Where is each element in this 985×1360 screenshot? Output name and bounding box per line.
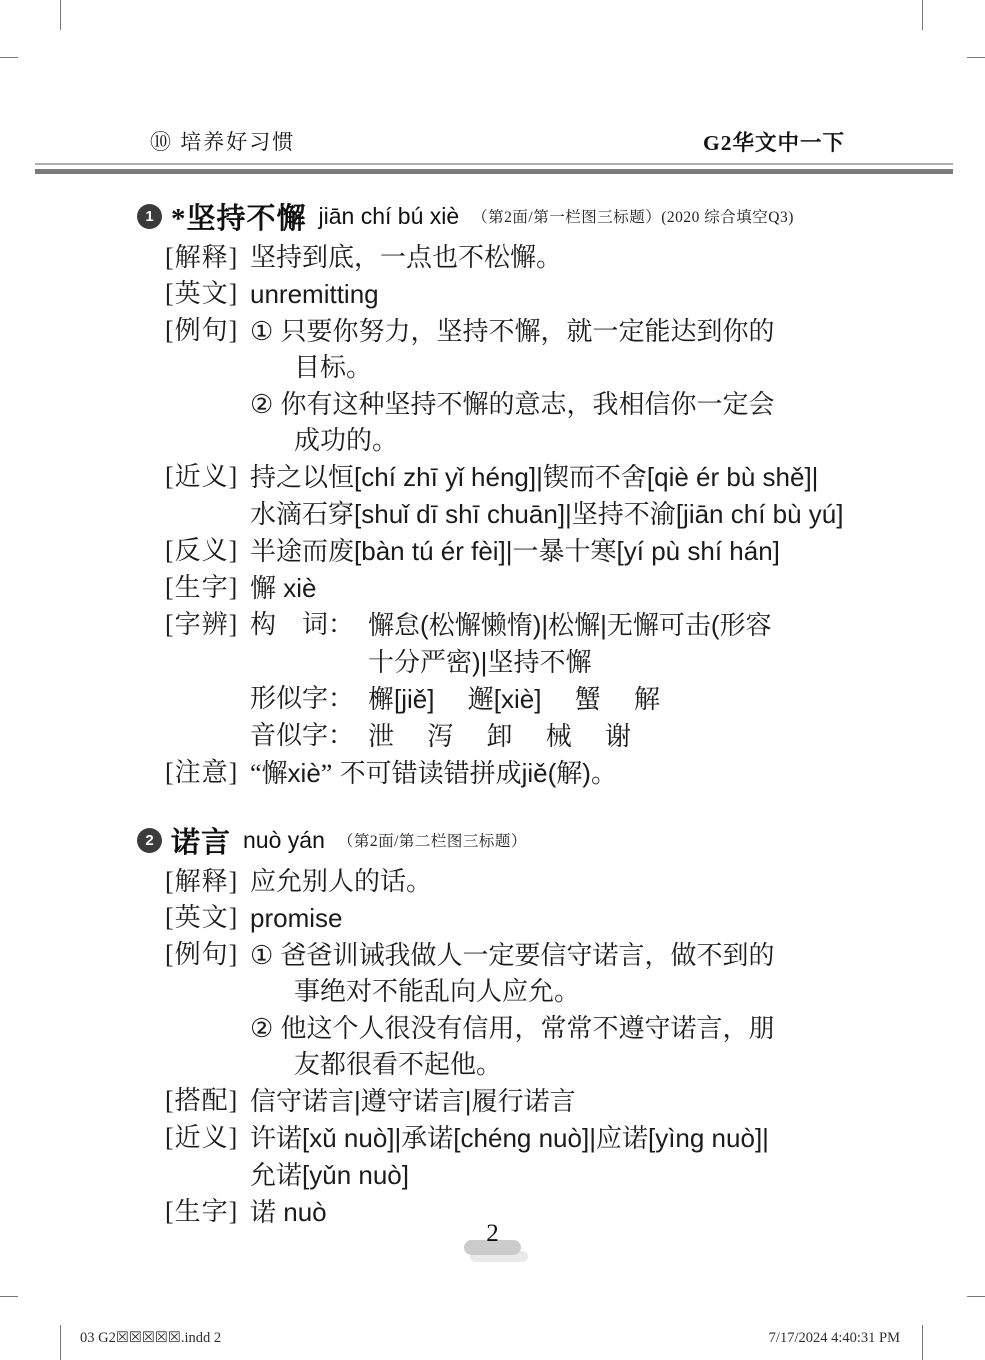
entry-number-badge: 1: [137, 204, 162, 229]
crop-mark-bottom-right-h: [967, 1296, 985, 1297]
text-line: 事绝对不能乱向人应允。: [250, 974, 877, 1010]
document-page: ⑩ 培养好习惯 G2华文中一下 1 *坚持不懈 jiān chí bú xiè …: [0, 0, 985, 1360]
crop-mark-top-right-h: [967, 57, 985, 58]
row-content: ① 只要你努力，坚持不懈，就一定能达到你的目标。② 你有这种坚持不懈的意志，我相…: [250, 313, 877, 459]
page-number: 2: [464, 1220, 521, 1248]
text-line: 目标。: [250, 350, 877, 386]
entry-row: [解释]坚持到底，一点也不松懈。: [137, 240, 877, 276]
row-content: 许诺[xǔ nuò]|承诺[chéng nuò]|应诺[yìng nuò]|允诺…: [250, 1120, 877, 1194]
row-content: 应允别人的话。: [250, 864, 877, 900]
row-content: 持之以恒[chí zhī yǐ héng]|锲而不舍[qiè ér bù shě…: [250, 459, 877, 533]
row-content: 懈 xiè: [250, 570, 877, 607]
entry-rows: [解释]坚持到底，一点也不松懈。[英文]unremitting[例句]① 只要你…: [137, 240, 877, 792]
subrow-content: 泄 泻 卸 械 谢: [368, 718, 877, 755]
entry-source-note: （第2面/第一栏图三标题）(2020 综合填空Q3): [472, 205, 794, 227]
row-label: [解释]: [165, 240, 250, 276]
row-label: [生字]: [165, 1194, 250, 1231]
text-line: unremitting: [250, 276, 877, 313]
text-line: 成功的。: [250, 423, 877, 459]
header-rule-thick: [35, 169, 953, 174]
footer-timestamp: 7/17/2024 4:40:31 PM: [769, 1330, 900, 1347]
text-line: 十分严密)|坚持不懈: [368, 644, 877, 681]
entries: 1 *坚持不懈 jiān chí bú xiè （第2面/第一栏图三标题）(20…: [137, 194, 877, 1231]
text-line: 友都很看不起他。: [250, 1047, 877, 1083]
row-label: [英文]: [165, 900, 250, 937]
text-line: ① 爸爸训诫我做人一定要信守诺言，做不到的: [250, 937, 877, 974]
row-content: ① 爸爸训诫我做人一定要信守诺言，做不到的事绝对不能乱向人应允。② 他这个人很没…: [250, 937, 877, 1083]
crop-mark-top-right-v: [922, 0, 923, 30]
entry-rows: [解释]应允别人的话。[英文]promise[例句]① 爸爸训诫我做人一定要信守…: [137, 864, 877, 1231]
vocab-entry: 1 *坚持不懈 jiān chí bú xiè （第2面/第一栏图三标题）(20…: [137, 194, 877, 792]
text-line: 许诺[xǔ nuò]|承诺[chéng nuò]|应诺[yìng nuò]|: [250, 1120, 877, 1157]
entry-source-note: （第2面/第二栏图三标题）: [338, 829, 527, 851]
row-content: 信守诺言|遵守诺言|履行诺言: [250, 1083, 877, 1120]
entry-row: [英文]unremitting: [137, 276, 877, 313]
row-label: [搭配]: [165, 1083, 250, 1120]
entry-row: [例句]① 爸爸训诫我做人一定要信守诺言，做不到的事绝对不能乱向人应允。② 他这…: [137, 937, 877, 1083]
row-label: [字辨]: [165, 607, 250, 755]
text-line: 坚持到底，一点也不松懈。: [250, 240, 877, 276]
entry-title: 1 *坚持不懈 jiān chí bú xiè （第2面/第一栏图三标题）(20…: [137, 194, 877, 238]
entry-row: [注意]“懈xiè” 不可错读错拼成jiě(解)。: [137, 755, 877, 792]
text-line: ② 你有这种坚持不懈的意志，我相信你一定会: [250, 386, 877, 423]
entry-row: [生字]懈 xiè: [137, 570, 877, 607]
entry-row: [字辨]构 词：懈怠(松懈懒惰)|松懈|无懈可击(形容十分严密)|坚持不懈形似字…: [137, 607, 877, 755]
entry-number-badge: 2: [137, 828, 162, 853]
text-line: 泄 泻 卸 械 谢: [368, 718, 877, 755]
subrow-content: 懈怠(松懈懒惰)|松懈|无懈可击(形容十分严密)|坚持不懈: [368, 607, 877, 681]
header-chapter-title: ⑩ 培养好习惯: [150, 126, 295, 156]
crop-mark-top-left-v: [60, 0, 61, 30]
text-line: promise: [250, 900, 877, 937]
crop-mark-bottom-right-v: [922, 1325, 923, 1360]
row-label: [解释]: [165, 864, 250, 900]
entry-row: [例句]① 只要你努力，坚持不懈，就一定能达到你的目标。② 你有这种坚持不懈的意…: [137, 313, 877, 459]
row-label: [近义]: [165, 459, 250, 533]
text-line: 懈 xiè: [250, 570, 877, 607]
subrow-label: 形似字：: [250, 681, 368, 718]
entry-title: 2 诺言 nuò yán （第2面/第二栏图三标题）: [137, 818, 877, 862]
text-line: 信守诺言|遵守诺言|履行诺言: [250, 1083, 877, 1120]
row-content: 坚持到底，一点也不松懈。: [250, 240, 877, 276]
crop-mark-top-left-h: [0, 57, 18, 58]
text-line: ① 只要你努力，坚持不懈，就一定能达到你的: [250, 313, 877, 350]
crop-mark-bottom-left-v: [60, 1325, 61, 1360]
entry-row: [近义]持之以恒[chí zhī yǐ héng]|锲而不舍[qiè ér bù…: [137, 459, 877, 533]
row-label: [注意]: [165, 755, 250, 792]
entry-term: *坚持不懈: [171, 196, 307, 237]
subrow-label: 音似字：: [250, 718, 368, 755]
row-content: “懈xiè” 不可错读错拼成jiě(解)。: [250, 755, 877, 792]
entry-row: [英文]promise: [137, 900, 877, 937]
subrow-content: 檞[jiě] 邂[xiè] 蟹 解: [368, 681, 877, 718]
entry-subrow: 构 词：懈怠(松懈懒惰)|松懈|无懈可击(形容十分严密)|坚持不懈: [250, 607, 877, 681]
row-label: [英文]: [165, 276, 250, 313]
text-line: 檞[jiě] 邂[xiè] 蟹 解: [368, 681, 877, 718]
header-rule-thin: [35, 163, 953, 165]
header-book-title: G2华文中一下: [703, 126, 845, 157]
subrow-label: 构 词：: [250, 607, 368, 681]
entry-subrow: 音似字：泄 泻 卸 械 谢: [250, 718, 877, 755]
entry-row: [搭配]信守诺言|遵守诺言|履行诺言: [137, 1083, 877, 1120]
entry-term: 诺言: [171, 820, 231, 861]
text-line: “懈xiè” 不可错读错拼成jiě(解)。: [250, 755, 877, 792]
row-label: [近义]: [165, 1120, 250, 1194]
row-content: unremitting: [250, 276, 877, 313]
footer-filename: 03 G2☒☒☒☒☒.indd 2: [80, 1330, 221, 1347]
row-content: 诺 nuò: [250, 1194, 877, 1231]
row-label: [例句]: [165, 313, 250, 459]
text-line: 懈怠(松懈懒惰)|松懈|无懈可击(形容: [368, 607, 877, 644]
row-label: [生字]: [165, 570, 250, 607]
entry-pinyin: nuò yán: [243, 827, 325, 854]
entry-row: [解释]应允别人的话。: [137, 864, 877, 900]
entry-pinyin: jiān chí bú xiè: [319, 203, 460, 230]
row-content: promise: [250, 900, 877, 937]
text-line: ② 他这个人很没有信用，常常不遵守诺言，朋: [250, 1010, 877, 1047]
entry-subrow: 形似字：檞[jiě] 邂[xiè] 蟹 解: [250, 681, 877, 718]
crop-mark-bottom-left-h: [0, 1296, 18, 1297]
text-line: 水滴石穿[shuǐ dī shī chuān]|坚持不渝[jiān chí bù…: [250, 496, 877, 533]
text-line: 半途而废[bàn tú ér fèi]|一暴十寒[yí pù shí hán]: [250, 533, 877, 570]
row-content: 构 词：懈怠(松懈懒惰)|松懈|无懈可击(形容十分严密)|坚持不懈形似字：檞[j…: [250, 607, 877, 755]
row-label: [反义]: [165, 533, 250, 570]
entry-row: [近义]许诺[xǔ nuò]|承诺[chéng nuò]|应诺[yìng nuò…: [137, 1120, 877, 1194]
row-content: 半途而废[bàn tú ér fèi]|一暴十寒[yí pù shí hán]: [250, 533, 877, 570]
text-line: 允诺[yǔn nuò]: [250, 1157, 877, 1194]
text-line: 持之以恒[chí zhī yǐ héng]|锲而不舍[qiè ér bù shě…: [250, 459, 877, 496]
text-line: 诺 nuò: [250, 1194, 877, 1231]
vocab-entry: 2 诺言 nuò yán （第2面/第二栏图三标题） [解释]应允别人的话。[英…: [137, 818, 877, 1231]
entry-row: [反义]半途而废[bàn tú ér fèi]|一暴十寒[yí pù shí h…: [137, 533, 877, 570]
row-label: [例句]: [165, 937, 250, 1083]
text-line: 应允别人的话。: [250, 864, 877, 900]
